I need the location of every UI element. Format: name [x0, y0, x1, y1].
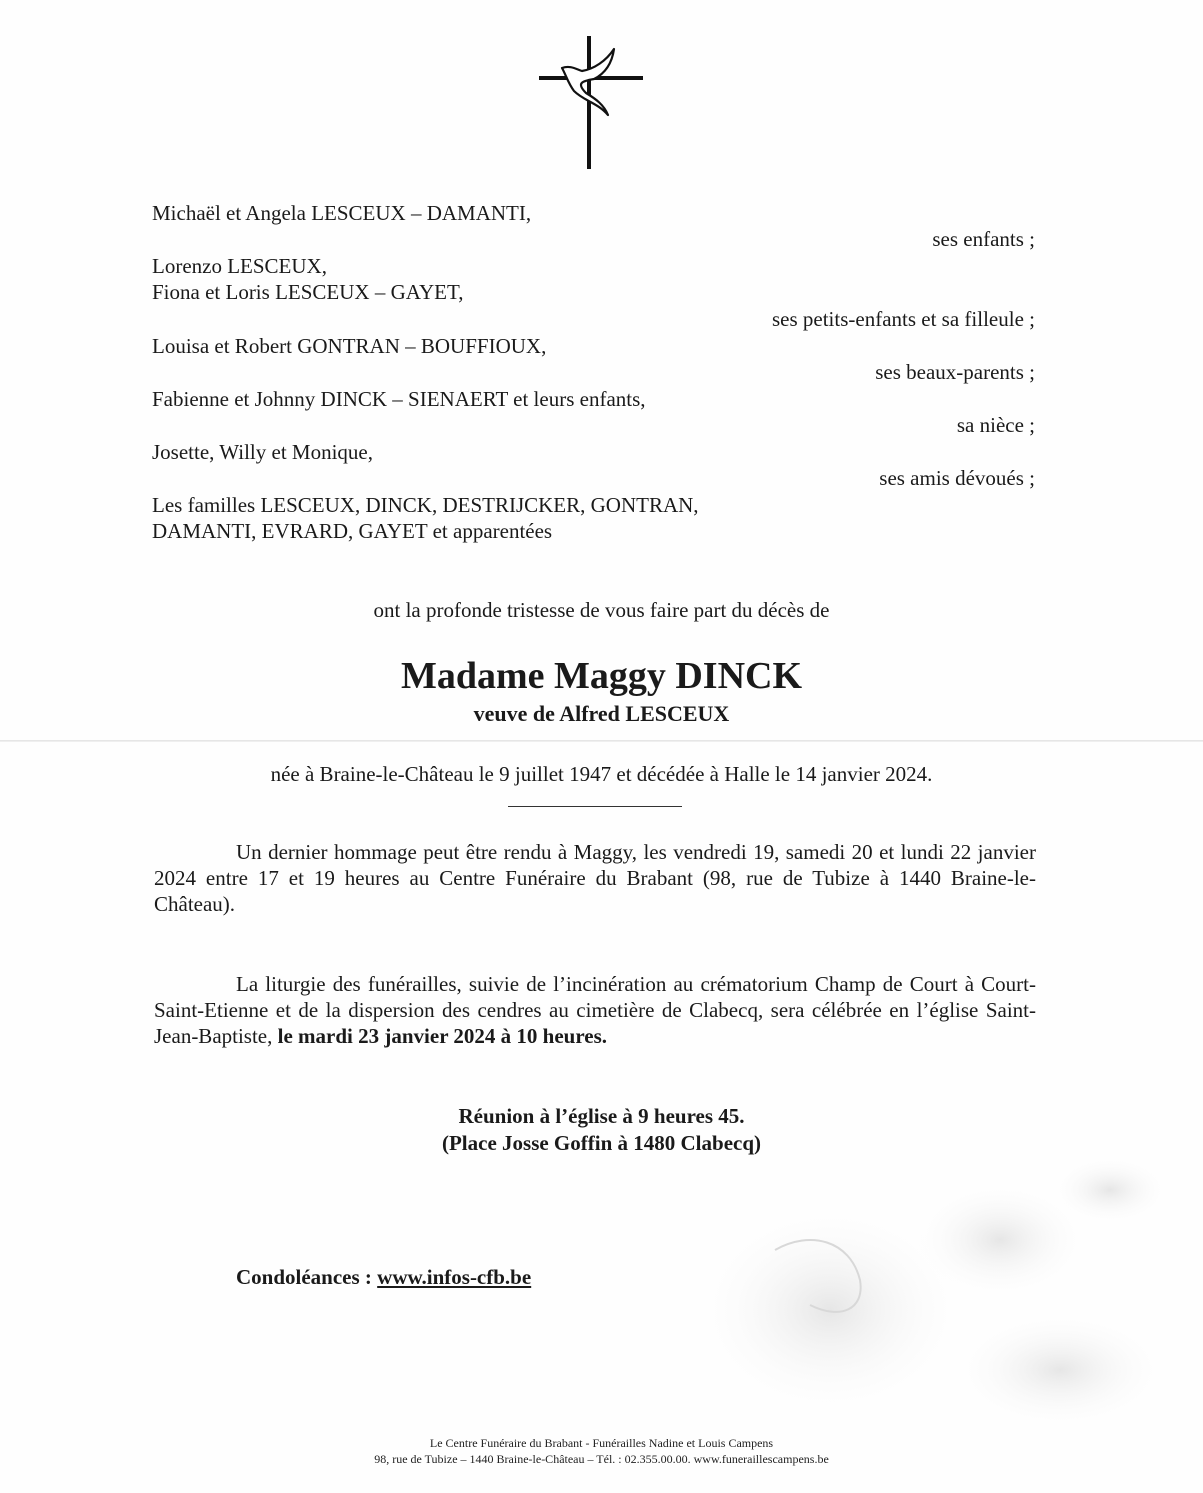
mourner-names: Les familles LESCEUX, DINCK, DESTRIJCKER… — [152, 492, 699, 518]
condolences-label: Condoléances : — [236, 1265, 377, 1289]
mourner-relation: sa nièce ; — [957, 412, 1035, 438]
mourner-names: Michaël et Angela LESCEUX – DAMANTI, — [152, 200, 531, 226]
mourner-names: Fiona et Loris LESCEUX – GAYET, — [152, 279, 463, 305]
meeting-time: Réunion à l’église à 9 heures 45. — [0, 1103, 1203, 1129]
liturgy-paragraph: La liturgie des funérailles, suivie de l… — [154, 971, 1036, 1049]
condolences: Condoléances : www.infos-cfb.be — [236, 1264, 531, 1290]
footer-address: 98, rue de Tubize – 1440 Braine-le-Châte… — [0, 1451, 1203, 1467]
condolences-link[interactable]: www.infos-cfb.be — [377, 1265, 531, 1289]
fold-line — [0, 740, 1203, 742]
birth-death-text: née à Braine-le-Château le 9 juillet 194… — [0, 761, 1203, 787]
liturgy-date: le mardi 23 janvier 2024 à 10 heures. — [278, 1024, 607, 1048]
mourner-relation: ses enfants ; — [932, 226, 1035, 252]
meeting-place: (Place Josse Goffin à 1480 Clabecq) — [0, 1130, 1203, 1156]
footer-company: Le Centre Funéraire du Brabant - Funérai… — [0, 1435, 1203, 1451]
funeral-notice: Michaël et Angela LESCEUX – DAMANTI, ses… — [0, 0, 1203, 1493]
mourner-names: Louisa et Robert GONTRAN – BOUFFIOUX, — [152, 333, 546, 359]
announcement-text: ont la profonde tristesse de vous faire … — [0, 597, 1203, 623]
rose-background-icon — [640, 1160, 1203, 1450]
divider — [508, 806, 682, 807]
homage-paragraph: Un dernier hommage peut être rendu à Mag… — [154, 839, 1036, 917]
mourner-relation: ses beaux-parents ; — [875, 359, 1035, 385]
widow-of: veuve de Alfred LESCEUX — [0, 701, 1203, 727]
mourner-names: Josette, Willy et Monique, — [152, 439, 373, 465]
mourner-names: Lorenzo LESCEUX, — [152, 253, 327, 279]
mourner-names: Fabienne et Johnny DINCK – SIENAERT et l… — [152, 386, 646, 412]
mourner-relation: ses petits-enfants et sa filleule ; — [772, 306, 1035, 332]
cross-dove-icon — [536, 33, 644, 171]
mourner-relation: ses amis dévoués ; — [879, 465, 1035, 491]
deceased-name: Madame Maggy DINCK — [0, 654, 1203, 698]
mourner-names: DAMANTI, EVRARD, GAYET et apparentées — [152, 518, 552, 544]
